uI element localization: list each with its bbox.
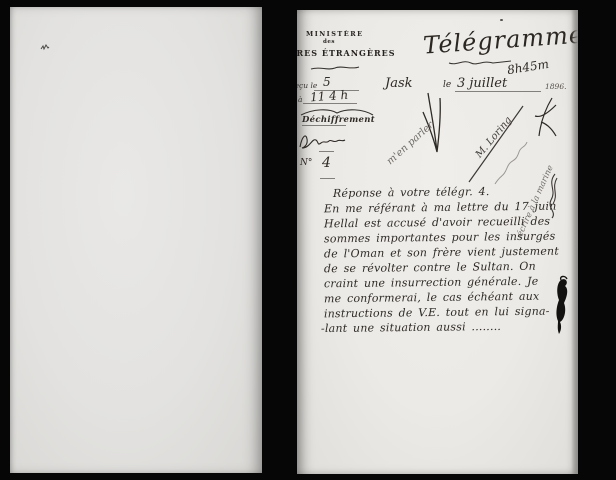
- dateline-le: le: [443, 80, 451, 90]
- separator-dash: [319, 151, 334, 152]
- title-underline-flourish: [447, 58, 513, 66]
- paraph-k-icon: [531, 96, 559, 140]
- body-line: de se révolter contre le Sultan. On: [324, 260, 536, 276]
- dateline-year: 1896.: [545, 82, 566, 91]
- right-page: MINISTÈRE des AFFAIRES ÉTRANGÈRES Télégr…: [297, 10, 578, 474]
- body-line: instructions de V.E. tout en lui signa-: [324, 305, 550, 321]
- body-line: Hellal est accusé d'avoir recueilli des: [324, 215, 550, 231]
- letterhead-flourish: [309, 64, 361, 72]
- left-page: [10, 7, 262, 473]
- body-line: me conformerai, le cas échéant aux: [324, 290, 540, 306]
- margin-dark-squiggle: [543, 172, 561, 220]
- a-value: 11 4 h: [310, 88, 349, 105]
- ink-speck: [40, 44, 50, 51]
- paper-speck: [500, 19, 503, 21]
- letterhead-ministere: MINISTÈRE: [306, 30, 352, 38]
- document-title: Télégramme: [422, 20, 578, 59]
- archive-scan: MINISTÈRE des AFFAIRES ÉTRANGÈRES Télégr…: [0, 0, 616, 480]
- recu-le-value: 5: [323, 75, 331, 89]
- body-line: -lant une situation aussi ........: [321, 320, 501, 335]
- dechiffrement-label: Déchiffrement: [302, 115, 375, 125]
- numero-value: 4: [322, 155, 331, 171]
- page-edge-shadow: [571, 10, 578, 474]
- body-line: En me référant à ma lettre du 17 juin: [324, 200, 557, 216]
- ink-blot: [551, 276, 573, 336]
- dechiffrement-underline: [302, 125, 346, 126]
- body-line: Réponse à votre télégr. 4.: [333, 185, 490, 200]
- body-line: craint une insurrection générale. Je: [324, 275, 539, 291]
- body-line: de l'Oman et son frère vient justement: [324, 245, 559, 261]
- dateline-place: Jask: [385, 76, 413, 91]
- signature-scribble: [297, 130, 347, 152]
- recu-le-label: reçu le: [297, 81, 317, 90]
- letterhead-affaires: AFFAIRES ÉTRANGÈRES: [297, 48, 405, 58]
- dateline-day: 3 juillet: [457, 76, 507, 91]
- body-line: sommes importantes pour les insurgés: [324, 230, 556, 246]
- a-label: à: [298, 95, 302, 104]
- margin-pencil-squiggle: [493, 140, 529, 186]
- a-line: [303, 103, 357, 104]
- letterhead-des: des: [306, 39, 352, 45]
- numero-underline: [320, 178, 335, 179]
- dateline-line: [455, 91, 541, 92]
- numero-label: N°: [300, 158, 312, 168]
